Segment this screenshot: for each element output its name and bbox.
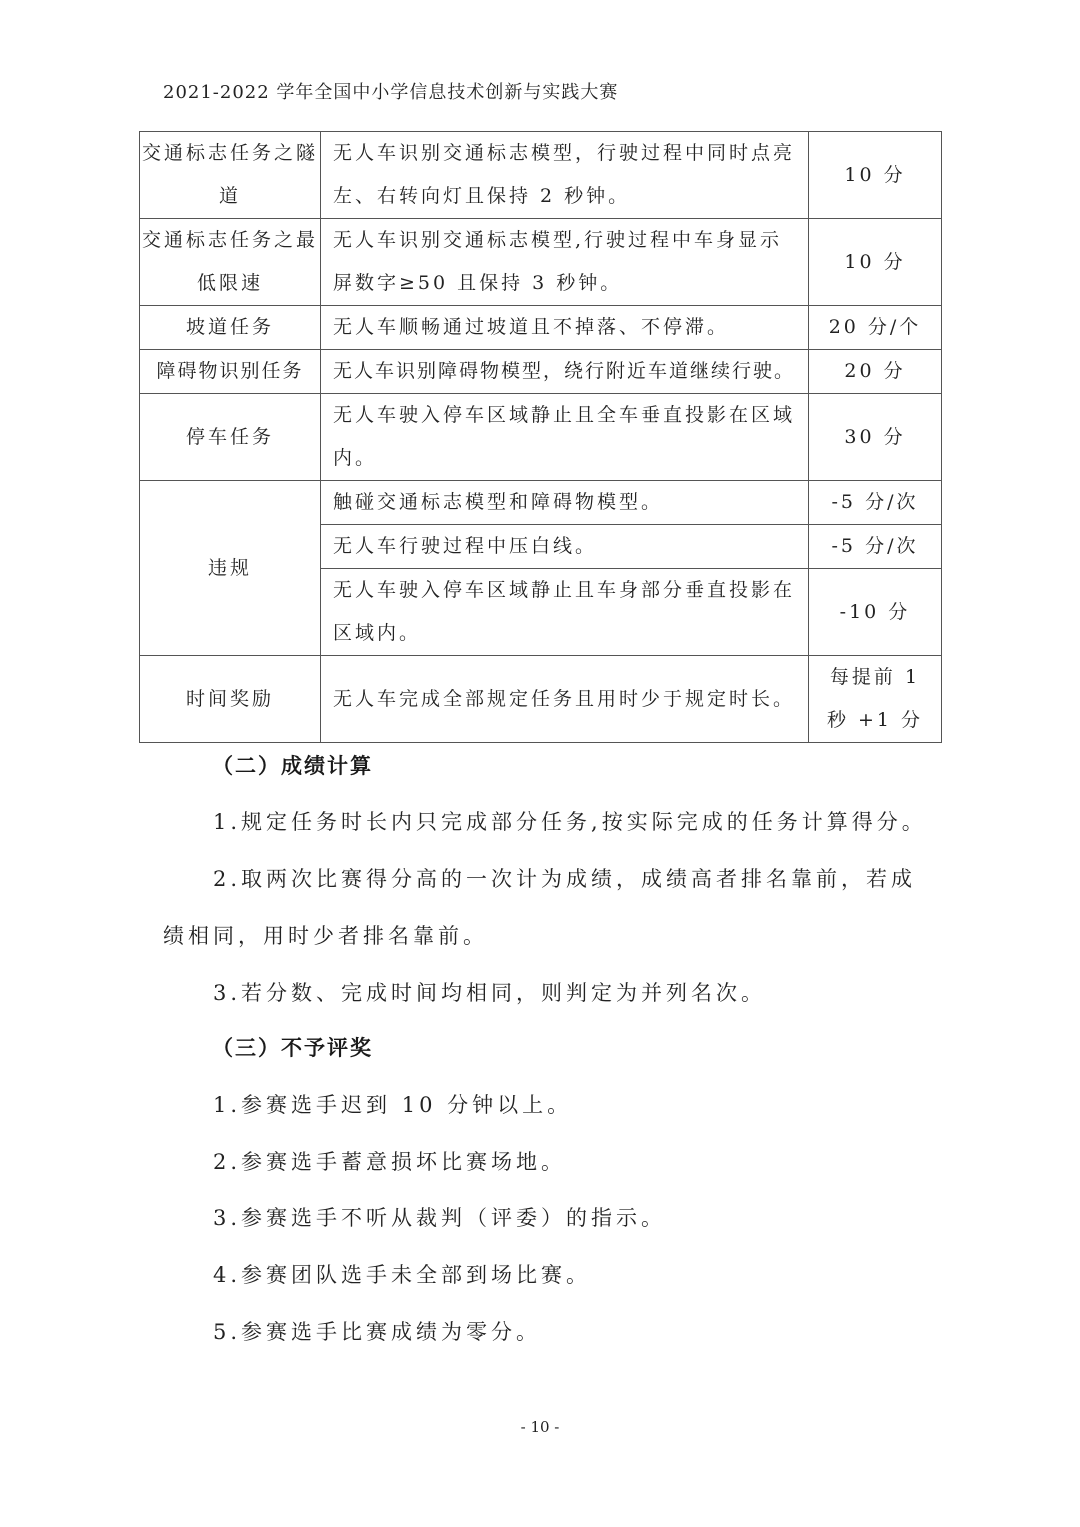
paragraph: 绩相同，用时少者排名靠前。 (163, 920, 488, 950)
page-number: - 10 - (0, 1418, 1080, 1436)
description-cell: 无人车识别交通标志模型，行驶过程中同时点亮左、右转向灯且保持 2 秒钟。 (321, 132, 809, 219)
list-item: 3.参赛选手不听从裁判（评委）的指示。 (213, 1202, 666, 1232)
list-item: 1.参赛选手迟到 10 分钟以上。 (213, 1089, 572, 1119)
category-cell: 障碍物识别任务 (140, 350, 321, 394)
document-header: 2021-2022 学年全国中小学信息技术创新与实践大赛 (163, 78, 618, 104)
description-cell: 无人车完成全部规定任务且用时少于规定时长。 (321, 656, 809, 743)
score-cell: 20 分 (809, 350, 942, 394)
description-cell: 无人车识别障碍物模型，绕行附近车道继续行驶。 (321, 350, 809, 394)
paragraph: 1.规定任务时长内只完成部分任务,按实际完成的任务计算得分。 (213, 806, 927, 836)
table-row: 交通标志任务之隧道 无人车识别交通标志模型，行驶过程中同时点亮左、右转向灯且保持… (140, 132, 942, 219)
table-row: 违规 触碰交通标志模型和障碍物模型。 -5 分/次 (140, 481, 942, 525)
description-cell: 无人车识别交通标志模型,行驶过程中车身显示屏数字≥50 且保持 3 秒钟。 (321, 219, 809, 306)
table-row: 时间奖励 无人车完成全部规定任务且用时少于规定时长。 每提前 1 秒 +1 分 (140, 656, 942, 743)
table-row: 坡道任务 无人车顺畅通过坡道且不掉落、不停滞。 20 分/个 (140, 306, 942, 350)
description-cell: 无人车驶入停车区域静止且全车垂直投影在区域内。 (321, 394, 809, 481)
score-cell: 10 分 (809, 219, 942, 306)
score-cell: 20 分/个 (809, 306, 942, 350)
category-cell: 坡道任务 (140, 306, 321, 350)
section-title-no-award: （三）不予评奖 (212, 1032, 373, 1062)
description-cell: 无人车行驶过程中压白线。 (321, 525, 809, 569)
section-title-score-calculation: （二）成绩计算 (212, 750, 373, 780)
category-cell: 交通标志任务之最低限速 (140, 219, 321, 306)
score-cell: 每提前 1 秒 +1 分 (809, 656, 942, 743)
category-cell: 停车任务 (140, 394, 321, 481)
table-row: 障碍物识别任务 无人车识别障碍物模型，绕行附近车道继续行驶。 20 分 (140, 350, 942, 394)
scoring-table: 交通标志任务之隧道 无人车识别交通标志模型，行驶过程中同时点亮左、右转向灯且保持… (139, 131, 942, 743)
paragraph: 3.若分数、完成时间均相同，则判定为并列名次。 (213, 977, 766, 1007)
table-row: 交通标志任务之最低限速 无人车识别交通标志模型,行驶过程中车身显示屏数字≥50 … (140, 219, 942, 306)
list-item: 5.参赛选手比赛成绩为零分。 (213, 1316, 541, 1346)
score-cell: 30 分 (809, 394, 942, 481)
category-cell: 违规 (140, 481, 321, 656)
list-item: 4.参赛团队选手未全部到场比赛。 (213, 1259, 591, 1289)
category-cell: 交通标志任务之隧道 (140, 132, 321, 219)
score-cell: -10 分 (809, 569, 942, 656)
description-cell: 触碰交通标志模型和障碍物模型。 (321, 481, 809, 525)
description-cell: 无人车驶入停车区域静止且车身部分垂直投影在区域内。 (321, 569, 809, 656)
list-item: 2.参赛选手蓄意损坏比赛场地。 (213, 1146, 566, 1176)
score-cell: 10 分 (809, 132, 942, 219)
score-cell: -5 分/次 (809, 525, 942, 569)
table-row: 停车任务 无人车驶入停车区域静止且全车垂直投影在区域内。 30 分 (140, 394, 942, 481)
category-cell: 时间奖励 (140, 656, 321, 743)
description-cell: 无人车顺畅通过坡道且不掉落、不停滞。 (321, 306, 809, 350)
paragraph: 2.取两次比赛得分高的一次计为成绩，成绩高者排名靠前，若成 (213, 863, 916, 893)
score-cell: -5 分/次 (809, 481, 942, 525)
